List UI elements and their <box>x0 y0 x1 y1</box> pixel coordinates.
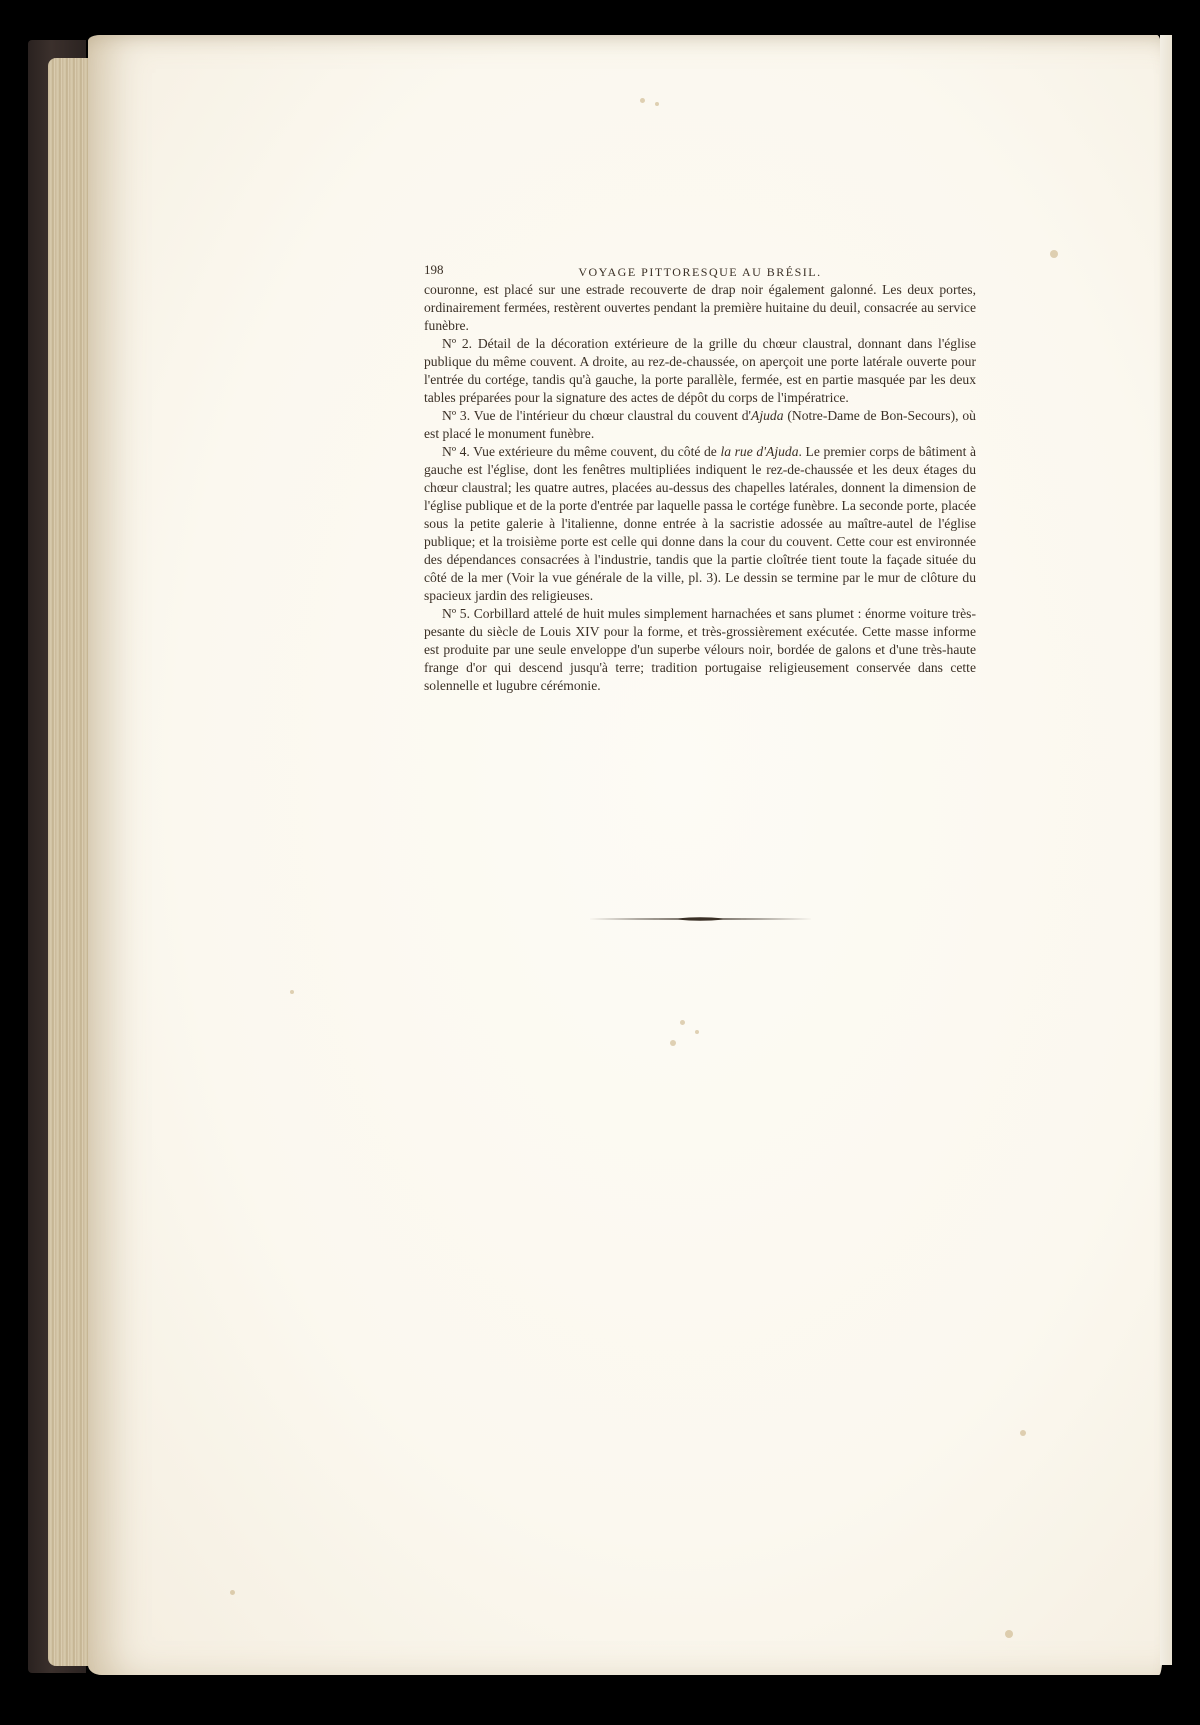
paragraph-text: Corbillard attelé de huit mules simpleme… <box>424 606 976 693</box>
paragraph-text: Vue de l'intérieur du chœur claustral du… <box>470 408 751 423</box>
paragraph-text: Vue extérieure du même couvent, du côté … <box>470 444 721 459</box>
foxing-spot <box>230 1590 235 1595</box>
italic-place-name: la rue d'Ajuda <box>720 444 798 459</box>
foxing-spot <box>680 1020 685 1025</box>
foxing-spot <box>290 990 294 994</box>
plate-label: Nº 3. <box>442 408 470 423</box>
plate-label: Nº 5. <box>442 606 470 621</box>
plate-label: Nº 2. <box>442 336 472 351</box>
right-page-edge <box>1160 35 1172 1665</box>
paragraph-text: . Le premier corps de bâtiment à gauche … <box>424 444 976 603</box>
running-title: VOYAGE PITTORESQUE AU BRÉSIL. <box>424 263 976 281</box>
paragraph-text: Détail de la décoration extérieure de la… <box>424 336 976 405</box>
paragraph-no5: Nº 5. Corbillard attelé de huit mules si… <box>424 605 976 695</box>
italic-place-name: Ajuda <box>751 408 783 423</box>
page-text-block: 198 VOYAGE PITTORESQUE AU BRÉSIL. couron… <box>424 261 976 695</box>
running-head: 198 VOYAGE PITTORESQUE AU BRÉSIL. <box>424 261 976 281</box>
foxing-spot <box>655 102 659 106</box>
paragraph-continuation: couronne, est placé sur une estrade reco… <box>424 281 976 335</box>
foxing-spot <box>1050 250 1058 258</box>
plate-label: Nº 4. <box>442 444 470 459</box>
paragraph-no2: Nº 2. Détail de la décoration extérieure… <box>424 335 976 407</box>
decorative-rule-ornament <box>588 916 813 922</box>
foxing-spot <box>670 1040 676 1046</box>
foxing-spot <box>1020 1430 1026 1436</box>
foxing-spot <box>640 98 645 103</box>
paragraph-no4: Nº 4. Vue extérieure du même couvent, du… <box>424 443 976 605</box>
paragraph-text: couronne, est placé sur une estrade reco… <box>424 282 976 333</box>
paragraph-no3: Nº 3. Vue de l'intérieur du chœur claust… <box>424 407 976 443</box>
foxing-spot <box>695 1030 699 1034</box>
foxing-spot <box>1005 1630 1013 1638</box>
